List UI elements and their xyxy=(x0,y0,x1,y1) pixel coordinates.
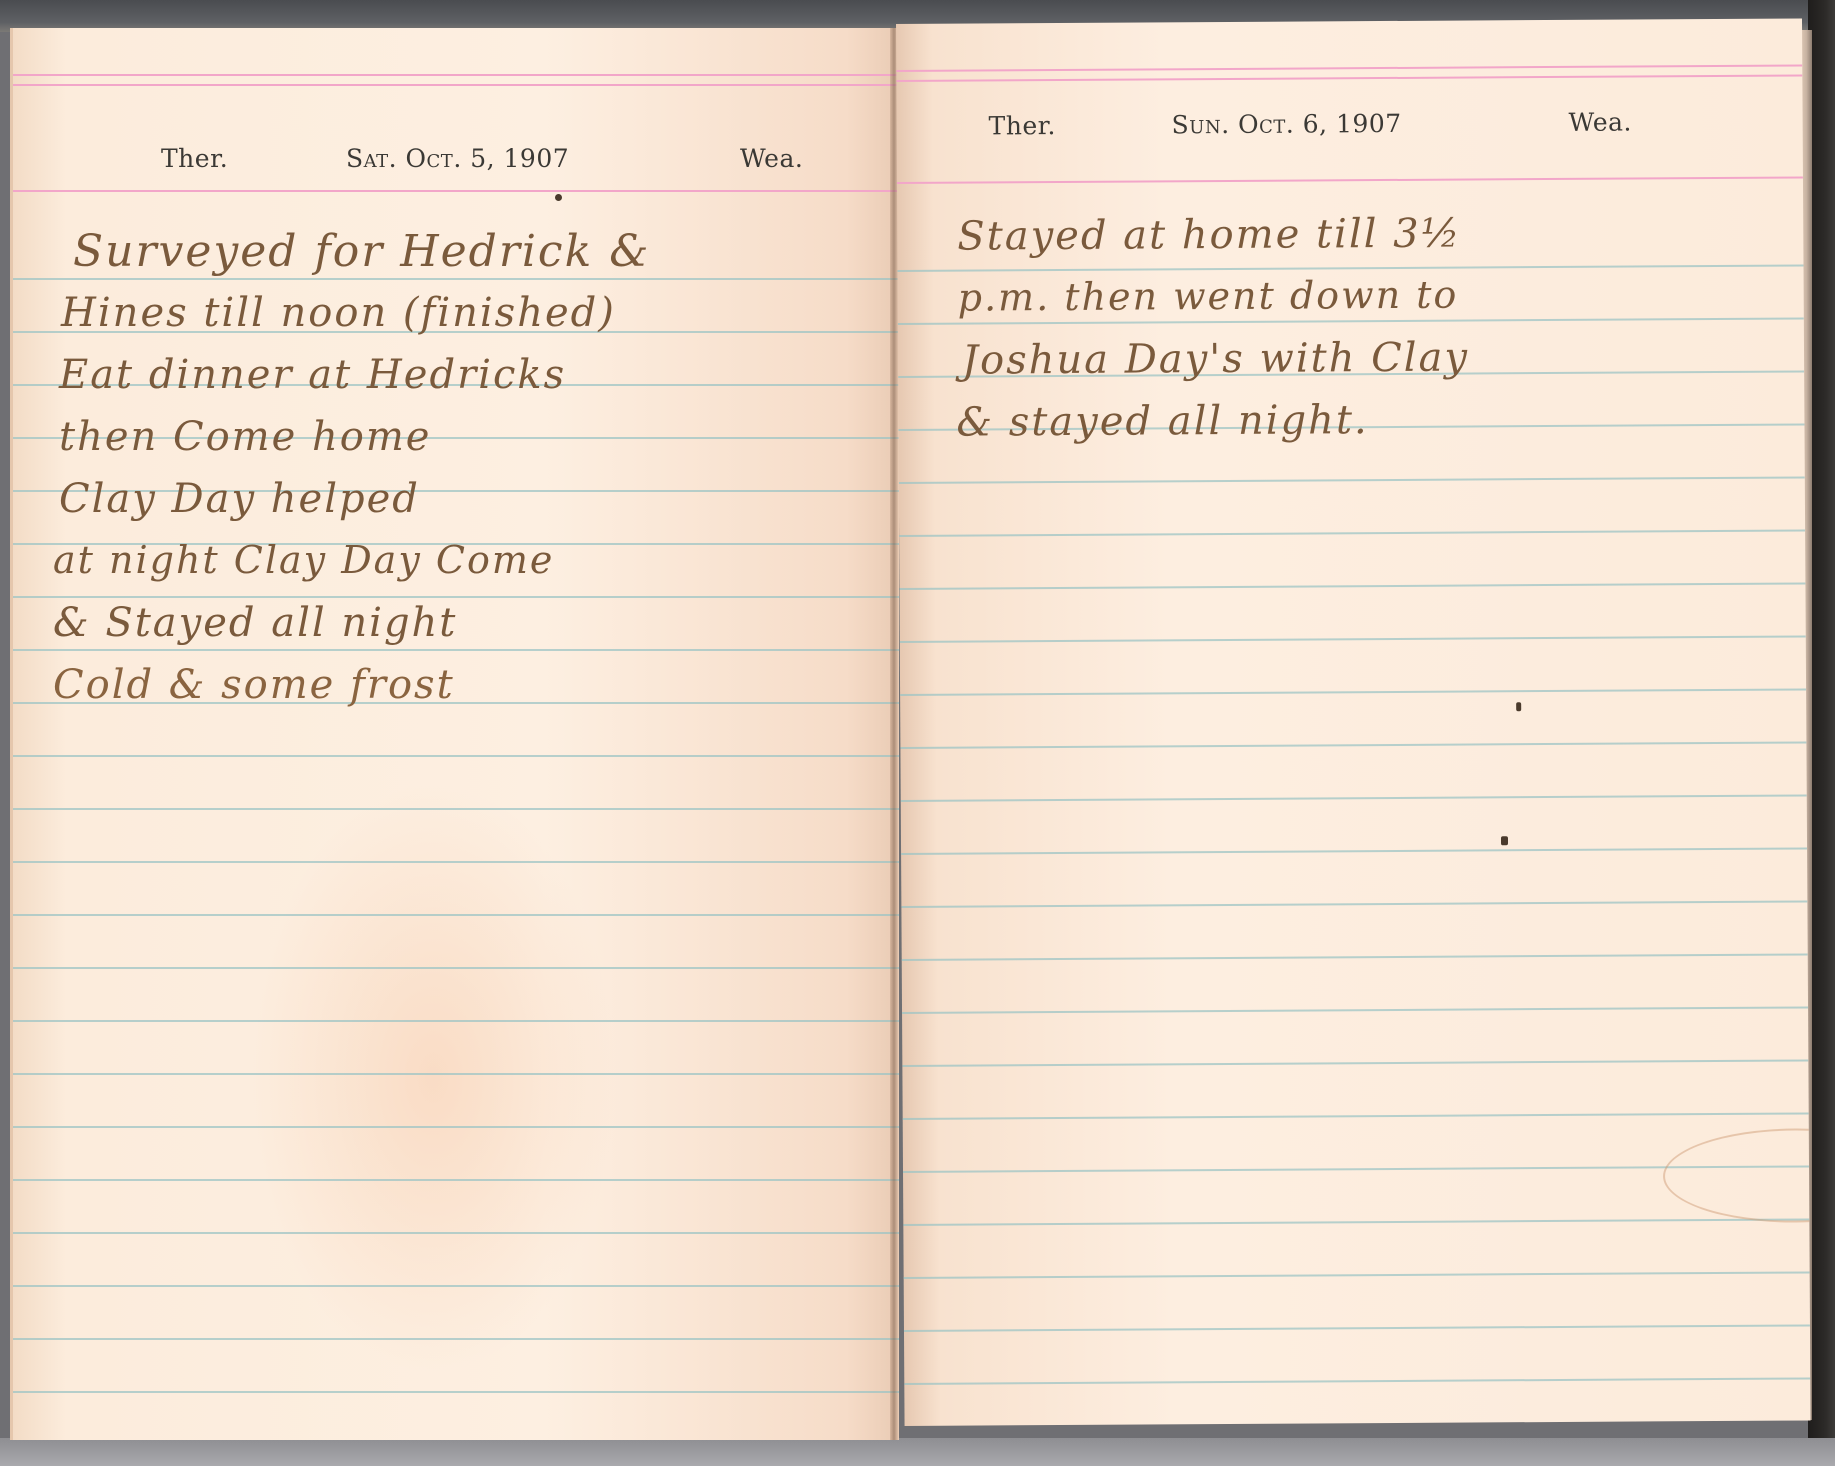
blue-rule xyxy=(13,914,899,916)
entry-line: Stayed at home till 3½ xyxy=(957,211,1461,260)
entry-line: Cold & some frost xyxy=(53,662,455,708)
diary-page-left: Ther. Sat. Oct. 5, 1907 Wea. Surveyed fo… xyxy=(10,28,899,1440)
entry-date: Sat. Oct. 5, 1907 xyxy=(346,144,569,173)
blue-rule xyxy=(902,953,1808,961)
blue-rule xyxy=(13,755,899,757)
blue-rule xyxy=(13,1232,899,1234)
blue-rule xyxy=(13,278,899,280)
blue-rule xyxy=(901,900,1807,908)
blue-rule xyxy=(901,847,1807,855)
pink-rule xyxy=(896,74,1802,82)
blue-rule xyxy=(13,967,899,969)
entry-line: at night Clay Day Come xyxy=(53,538,554,582)
ink-speck xyxy=(1516,702,1521,711)
blue-rule xyxy=(899,476,1805,484)
thermometer-label: Ther. xyxy=(161,144,228,173)
blue-rule xyxy=(900,741,1806,749)
entry-line: Surveyed for Hedrick & xyxy=(73,226,650,277)
entry-line: p.m. then went down to xyxy=(958,273,1459,320)
blue-rule xyxy=(899,529,1805,537)
blue-rule xyxy=(13,596,899,598)
entry-line: Eat dinner at Hedricks xyxy=(59,352,566,398)
entry-line: & stayed all night. xyxy=(956,397,1368,446)
blue-rule xyxy=(13,1073,899,1075)
entry-line: then Come home xyxy=(59,414,431,460)
diary-page-right: Ther. Sun. Oct. 6, 1907 Wea. Stayed at h… xyxy=(896,18,1811,1426)
blue-rule xyxy=(13,1126,899,1128)
entry-line: Clay Day helped xyxy=(59,476,420,522)
blue-rule xyxy=(13,808,899,810)
blue-rule xyxy=(13,1020,899,1022)
weather-label: Wea. xyxy=(1569,108,1632,137)
pink-rule xyxy=(13,84,899,86)
ink-speck xyxy=(1501,836,1508,845)
blue-rule xyxy=(900,688,1806,696)
page-header: Ther. Sat. Oct. 5, 1907 Wea. xyxy=(13,144,899,184)
entry-line: & Stayed all night xyxy=(53,600,457,646)
blue-rule xyxy=(898,264,1804,272)
blue-rule xyxy=(13,1338,899,1340)
blue-rule xyxy=(900,635,1806,643)
pink-rule xyxy=(13,190,899,192)
pink-rule xyxy=(897,176,1803,184)
weather-label: Wea. xyxy=(740,144,803,173)
entry-line: Hines till noon (finished) xyxy=(61,290,616,336)
blue-rule xyxy=(904,1377,1810,1385)
blue-rule xyxy=(899,582,1805,590)
blue-rule xyxy=(13,649,899,651)
pink-rule xyxy=(13,74,899,76)
entry-line: Joshua Day's with Clay xyxy=(962,335,1469,384)
blue-rule xyxy=(13,1391,899,1393)
thermometer-label: Ther. xyxy=(989,111,1056,140)
blue-rule xyxy=(903,1112,1809,1120)
background-bottom xyxy=(0,1438,1835,1466)
blue-rule xyxy=(902,1006,1808,1014)
book-cover-edge xyxy=(1808,0,1835,1466)
blue-rule xyxy=(13,1285,899,1287)
blue-rule xyxy=(904,1324,1810,1332)
blue-rule xyxy=(903,1218,1809,1226)
pink-rule xyxy=(896,64,1802,72)
blue-rule xyxy=(13,1179,899,1181)
blue-rule xyxy=(13,861,899,863)
blue-rule xyxy=(904,1271,1810,1279)
page-header: Ther. Sun. Oct. 6, 1907 Wea. xyxy=(897,106,1803,152)
blue-rule xyxy=(901,794,1807,802)
entry-date: Sun. Oct. 6, 1907 xyxy=(1172,109,1402,139)
blue-rule xyxy=(902,1059,1808,1067)
water-stain xyxy=(1663,1128,1811,1224)
ink-speck xyxy=(555,194,562,201)
